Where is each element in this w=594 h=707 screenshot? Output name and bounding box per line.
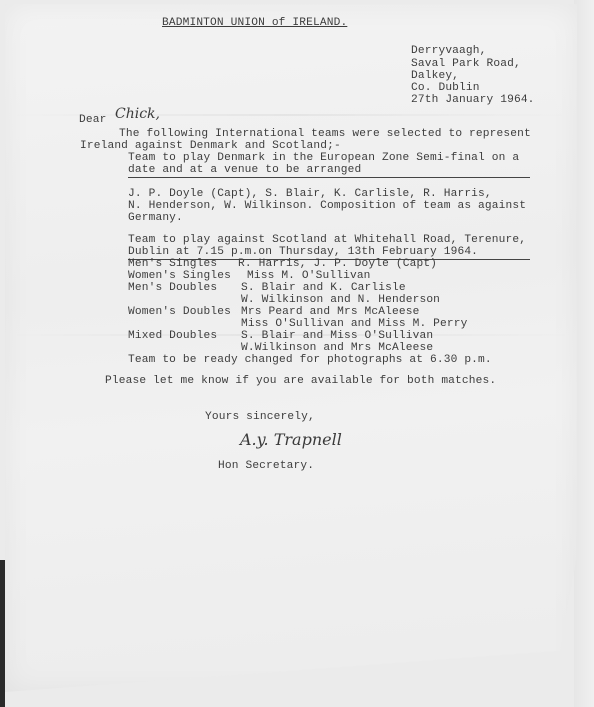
letterhead: BADMINTON UNION of IRELAND.	[162, 17, 347, 30]
signature: A.y. Trapnell	[240, 430, 342, 449]
scan-background-edge	[0, 560, 5, 707]
event-name: Mixed Doubles	[128, 330, 217, 343]
closing: Yours sincerely,	[205, 411, 315, 424]
availability-request: Please let me know if you are available …	[105, 375, 496, 388]
event-name: Men's Doubles	[128, 282, 217, 295]
address-line: Derryvaagh,	[411, 45, 487, 58]
salutation: Dear	[79, 114, 106, 127]
denmark-team: N. Henderson, W. Wilkinson. Composition …	[128, 200, 526, 213]
salutation-handwritten-name: Chick,	[115, 106, 160, 122]
denmark-team: Germany.	[128, 212, 183, 225]
denmark-heading: date and at a venue to be arranged	[128, 164, 361, 177]
event-name: Women's Doubles	[128, 306, 231, 319]
signatory-title: Hon Secretary.	[218, 460, 314, 473]
scan-background	[574, 0, 594, 707]
photograph-note: Team to be ready changed for photographs…	[128, 354, 492, 367]
letter-date: 27th January 1964.	[411, 94, 535, 107]
underline-rule	[128, 177, 530, 178]
